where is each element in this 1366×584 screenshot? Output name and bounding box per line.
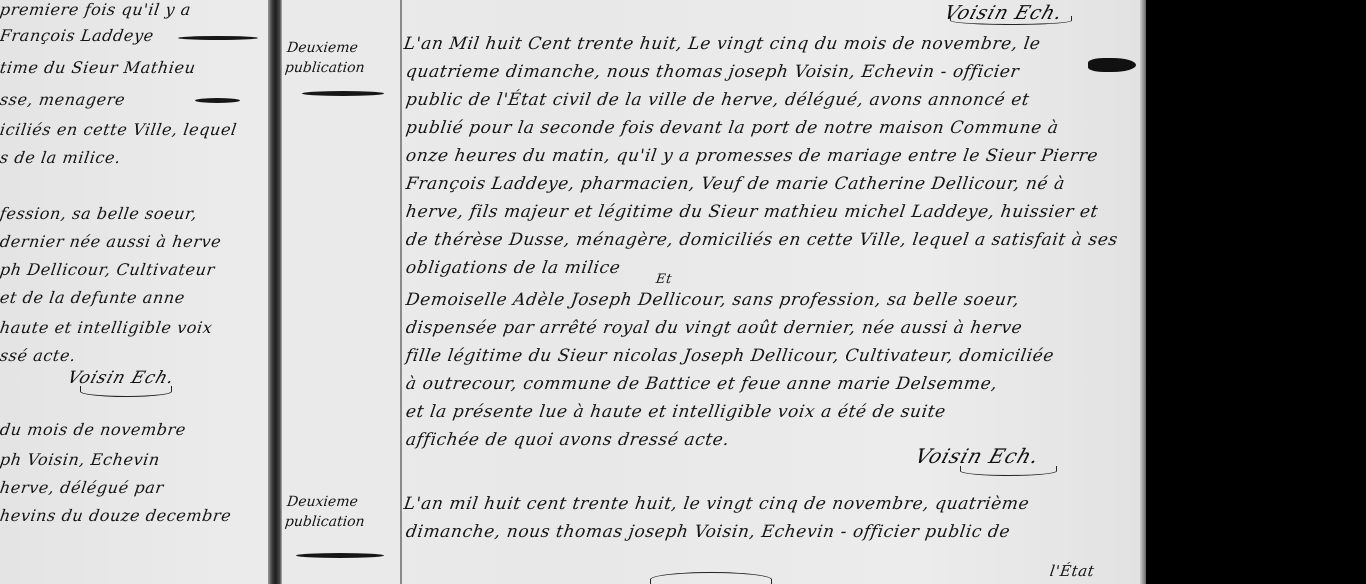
catchword: l'État [1049, 562, 1096, 580]
left-line: premiere fois qu'il y a [0, 0, 192, 19]
entry1-line: François Laddeye, pharmacien, Veuf de ma… [405, 174, 1067, 194]
signature-flourish [960, 466, 1057, 476]
line-filler-flourish [178, 36, 258, 40]
left-line: du mois de novembre [0, 420, 187, 439]
signature-flourish [950, 16, 1072, 25]
entry1-line: à outrecour, commune de Battice et feue … [405, 374, 999, 394]
left-line: herve, délégué par [0, 478, 165, 497]
left-line: ssé acte. [0, 346, 77, 365]
entry1-line: affichée de quoi avons dressé acte. [405, 430, 731, 450]
book-gutter [268, 0, 282, 584]
ink-flourish [1088, 58, 1136, 72]
entry2-line: L'an mil huit cent trente huit, le vingt… [403, 494, 1031, 514]
left-line: ph Voisin, Echevin [0, 450, 161, 469]
left-line: haute et intelligible voix [0, 318, 214, 337]
entry1-line: dispensée par arrêté royal du vingt août… [405, 318, 1024, 338]
left-line: s de la milice. [0, 148, 122, 167]
margin-note-title: Deuxieme [286, 38, 398, 58]
entry1-line: onze heures du matin, qu'il y a promesse… [405, 146, 1100, 166]
signature-flourish [80, 386, 172, 397]
margin-note-2: Deuxieme publication [284, 492, 398, 532]
margin-flourish [296, 553, 384, 558]
scan-background [1146, 0, 1366, 584]
entry1-line: quatrieme dimanche, nous thomas joseph V… [405, 62, 1021, 82]
left-line: hevins du douze decembre [0, 506, 233, 525]
entry1-line: publié pour la seconde fois devant la po… [405, 118, 1060, 138]
entry1-line: Demoiselle Adèle Joseph Dellicour, sans … [405, 290, 1021, 310]
scanned-register-page: premiere fois qu'il y a François Laddeye… [0, 0, 1146, 584]
left-signature: Voisin Ech. [65, 368, 178, 388]
left-line: fession, sa belle soeur, [0, 204, 199, 223]
conjunction-et: Et [655, 272, 673, 287]
entry1-line: public de l'État civil de la ville de he… [405, 90, 1031, 110]
margin-note-subtitle: publication [284, 512, 396, 532]
left-line: dernier née aussi à herve [0, 232, 223, 251]
entry1-line: de thérèse Dusse, ménagère, domiciliés e… [405, 230, 1120, 250]
entry1-line: obligations de la milice [405, 258, 622, 278]
entry1-signature: Voisin Ech. [912, 444, 1043, 468]
left-line: François Laddeye [0, 26, 155, 45]
entry1-line: herve, fils majeur et légitime du Sieur … [405, 202, 1100, 222]
decorative-curve [650, 572, 772, 584]
left-line: et de la defunte anne [0, 288, 186, 307]
left-line: time du Sieur Mathieu [0, 58, 197, 77]
entry1-line: fille légitime du Sieur nicolas Joseph D… [405, 346, 1056, 366]
left-line: iciliés en cette Ville, lequel [0, 120, 238, 139]
margin-note-1: Deuxieme publication [284, 38, 398, 78]
margin-note-title: Deuxieme [286, 492, 398, 512]
left-line: ph Dellicour, Cultivateur [0, 260, 216, 279]
entry1-line: et la présente lue à haute et intelligib… [405, 402, 948, 422]
entry1-line: L'an Mil huit Cent trente huit, Le vingt… [403, 34, 1042, 54]
ruled-margin-line [400, 0, 402, 584]
margin-flourish [302, 91, 384, 96]
left-line: sse, menagere [0, 90, 127, 109]
line-filler-flourish [195, 98, 240, 103]
entry2-line: dimanche, nous thomas joseph Voisin, Ech… [405, 522, 1012, 542]
margin-note-subtitle: publication [284, 58, 396, 78]
